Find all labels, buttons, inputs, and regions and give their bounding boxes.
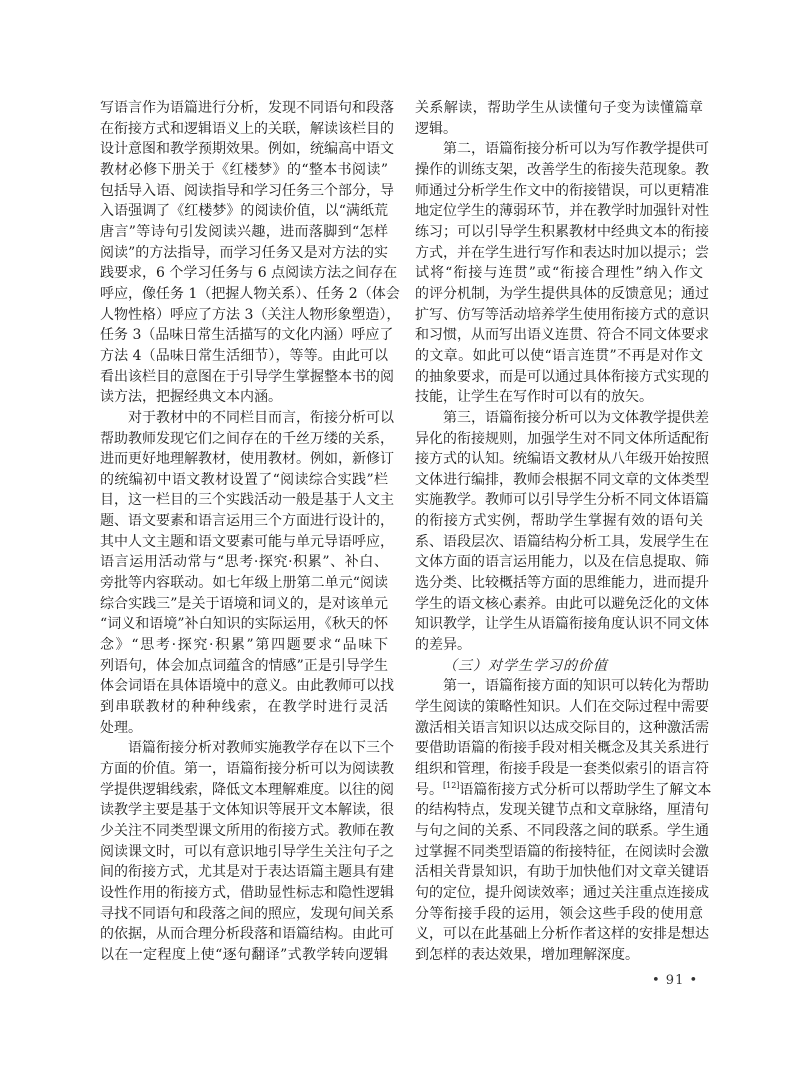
text-line: 和习惯，从而写出语义连贯、符合不同文体要求 [415,325,703,346]
text-line: 旁批等内容联动。如七年级上册第二单元“阅读 [100,573,388,594]
text-line: 在衔接方式和逻辑语义上的关联，解读该栏目的 [100,119,388,140]
text-line: 语篇衔接分析对教师实施教学存在以下三个 [100,738,388,759]
text-line: 句的定位，提升阅读效率；通过关注重点连接成 [415,883,703,904]
text-line: 方面的价值。第一，语篇衔接分析可以为阅读教 [100,759,388,780]
text-line: 帮助教师发现它们之间存在的千丝万缕的关系， [100,429,388,450]
text-line: 阅读”的方法指导，而学习任务又是对方法的实 [100,243,388,264]
text-line: 试将“衔接与连贯”或“衔接合理性”纳入作文 [415,263,703,284]
text-line: 活相关背景知识，有助于加快他们对文章关键语 [415,862,703,883]
section-heading: （三）对学生学习的价值 [415,656,703,677]
text-line: 的评分机制，为学生提供具体的反馈意见；通过 [415,284,703,305]
text-line: 的依据，从而合理分析段落和语篇结构。由此可 [100,924,388,945]
page-number: • 91 • [652,973,698,988]
text-line: 操作的训练支架，改善学生的衔接失范现象。教 [415,160,703,181]
text-line: 念》“思考·探究·积累”第四题要求“品味下 [100,635,388,656]
text-line: 的统编初中语文教材设置了“阅读综合实践”栏 [100,470,388,491]
text-line: 对于教材中的不同栏目而言，衔接分析可以 [100,408,388,429]
text-line: 知识教学，让学生从语篇衔接角度认识不同文体 [415,614,703,635]
text-line: 技能，让学生在写作时可以有的放矢。 [415,387,703,408]
citation-marker: [12] [443,781,459,790]
text-line: 激活相关语言知识以达成交际目的，这种激活需 [415,718,703,739]
text-line: 教材必修下册关于《红楼梦》的“整本书阅读” [100,160,388,181]
text-line: 扩写、仿写等活动培养学生使用衔接方式的意识 [415,305,703,326]
text-line: 系、语段层次、语篇结构分析工具，发展学生在 [415,532,703,553]
text-line: 的文章。如此可以使“语言连贯”不再是对作文 [415,346,703,367]
text-line: 的结构特点，发现关键节点和文章脉络，厘清句 [415,800,703,821]
text-line: 人物性格）呼应了方法 3（关注人物形象塑造）， [100,305,388,326]
text-line: 进而更好地理解教材，使用教材。例如，新修订 [100,449,388,470]
text-line: 列语句，体会加点词蕴含的情感”正是引导学生 [100,656,388,677]
text-line: 包括导入语、阅读指导和学习任务三个部分，导 [100,181,388,202]
text-line: 学生的语文核心素养。由此可以避免泛化的文体 [415,594,703,615]
text-line: 过掌握不同类型语篇的衔接特征，在阅读时会激 [415,842,703,863]
text-line: 组织和管理，衔接手段是一套类似索引的语言符 [415,759,703,780]
text-line: “词义和语境”补白知识的实际运用，《秋天的怀 [100,614,388,635]
text-line: 以在一定程度上使“逐句翻译”式教学转向逻辑 [100,945,388,966]
text-line: 地定位学生的薄弱环节，并在教学时加强针对性 [415,201,703,222]
paragraph: 写语言作为语篇进行分析，发现不同语句和段落 在衔接方式和逻辑语义上的关联，解读该… [100,98,388,408]
text-line: 读方法，把握经典文本内涵。 [100,387,388,408]
text-line: 的衔接方式实例，帮助学生掌握有效的语句关 [415,511,703,532]
text-line: 的抽象要求，而是可以通过具体衔接方式实现的 [415,367,703,388]
text-line: 体会词语在具体语境中的意义。由此教师可以找 [100,676,388,697]
text-line: 方式，并在学生进行写作和表达时加以提示；尝 [415,243,703,264]
left-column: 写语言作为语篇进行分析，发现不同语句和段落 在衔接方式和逻辑语义上的关联，解读该… [100,98,388,966]
text-line: 践要求，6 个学习任务与 6 点阅读方法之间存在 [100,263,388,284]
text-line: 阅读课文时，可以有意识地引导学生关注句子之 [100,842,388,863]
text-line: 师通过分析学生作文中的衔接错误，可以更精准 [415,181,703,202]
text-line: 寻找不同语句和段落之间的照应，发现句间关系 [100,904,388,925]
text-line: 到怎样的表达效果，增加理解深度。 [415,945,703,966]
text-line: 任务 3（品味日常生活描写的文化内涵）呼应了 [100,325,388,346]
paragraph: 对于教材中的不同栏目而言，衔接分析可以 帮助教师发现它们之间存在的千丝万缕的关系… [100,408,388,739]
text-line: 到串联教材的种种线索，在教学时进行灵活 [100,697,388,718]
text-line: 入语强调了《红楼梦》的阅读价值，以“满纸荒 [100,201,388,222]
text-line: 学提供逻辑线索，降低文本理解难度。以往的阅 [100,780,388,801]
text-line: 实施教学。教师可以引导学生分析不同文体语篇 [415,490,703,511]
paragraph: 第二，语篇衔接分析可以为写作教学提供可 操作的训练支架，改善学生的衔接失范现象。… [415,139,703,408]
text-line: 的差异。 [415,635,703,656]
text-line: 选分类、比较概括等方面的思维能力，进而提升 [415,573,703,594]
paragraph: 第三，语篇衔接分析可以为文体教学提供差 异化的衔接规则，加强学生对不同文体所适配… [415,408,703,656]
text-line: 读教学主要是基于文体知识等展开文本解读，很 [100,800,388,821]
text-line: 异化的衔接规则，加强学生对不同文体所适配衔 [415,429,703,450]
text-line: 唐言”等诗句引发阅读兴趣，进而落脚到“怎样 [100,222,388,243]
text-line: 义，可以在此基础上分析作者这样的安排是想达 [415,924,703,945]
text-line: 分等衔接手段的运用，领会这些手段的使用意 [415,904,703,925]
text-line: 看出该栏目的意图在于引导学生掌握整本书的阅 [100,367,388,388]
text-line: 第三，语篇衔接分析可以为文体教学提供差 [415,408,703,429]
text-line: 方法 4（品味日常生活细节），等等。由此可以 [100,346,388,367]
text-line: 接方式的认知。统编语文教材从八年级开始按照 [415,449,703,470]
text-line: 设计意图和教学预期效果。例如，统编高中语文 [100,139,388,160]
text-line: 与句之间的关系、不同段落之间的联系。学生通 [415,821,703,842]
text-line: 综合实践三”是关于语境和词义的，是对该单元 [100,594,388,615]
text-fragment: 号。 [415,782,443,798]
text-line: 第二，语篇衔接分析可以为写作教学提供可 [415,139,703,160]
text-line: 要借助语篇的衔接手段对相关概念及其关系进行 [415,738,703,759]
text-line: 文体方面的语言运用能力，以及在信息提取、筛 [415,552,703,573]
text-line: 文体进行编排，教师会根据不同文章的文体类型 [415,470,703,491]
text-line: 设性作用的衔接方式，借助显性标志和隐性逻辑 [100,883,388,904]
text-line: 逻辑。 [415,119,703,140]
text-line: 处理。 [100,718,388,739]
text-line: 少关注不同类型课文所用的衔接方式。教师在教 [100,821,388,842]
text-line: 题、语文要素和语言运用三个方面进行设计的， [100,511,388,532]
text-line: 间的衔接方式，尤其是对于表达语篇主题具有建 [100,862,388,883]
text-line: 目，这一栏目的三个实践活动一般是基于人文主 [100,490,388,511]
text-line: 语言运用活动常与“思考·探究·积累”、补白、 [100,552,388,573]
text-line: 其中人文主题和语文要素可能与单元导语呼应， [100,532,388,553]
text-line: 呼应，像任务 1（把握人物关系）、任务 2（体会 [100,284,388,305]
text-line: 第一，语篇衔接方面的知识可以转化为帮助 [415,676,703,697]
text-line: 写语言作为语篇进行分析，发现不同语句和段落 [100,98,388,119]
paragraph: 语篇衔接分析对教师实施教学存在以下三个 方面的价值。第一，语篇衔接分析可以为阅读… [100,738,388,965]
paragraph: 第一，语篇衔接方面的知识可以转化为帮助 学生阅读的策略性知识。人们在交际过程中需… [415,676,703,965]
right-column: 关系解读，帮助学生从读懂句子变为读懂篇章 逻辑。 第二，语篇衔接分析可以为写作教… [415,98,703,966]
paragraph: 关系解读，帮助学生从读懂句子变为读懂篇章 逻辑。 [415,98,703,139]
text-fragment: 语篇衔接方式分析可以帮助学生了解文本 [459,782,711,798]
text-line-with-citation: 号。[12]语篇衔接方式分析可以帮助学生了解文本 [415,780,703,801]
text-line: 关系解读，帮助学生从读懂句子变为读懂篇章 [415,98,703,119]
text-line: 学生阅读的策略性知识。人们在交际过程中需要 [415,697,703,718]
text-line: 练习；可以引导学生积累教材中经典文本的衔接 [415,222,703,243]
